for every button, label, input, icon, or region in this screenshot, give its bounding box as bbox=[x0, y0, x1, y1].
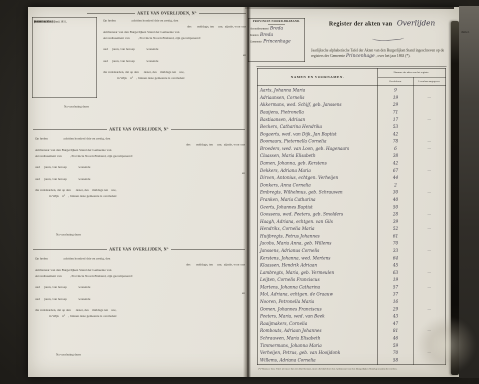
row-name: Rombouts, Adriaan Johannes bbox=[258, 328, 378, 333]
row-number-overledenen: 71 bbox=[378, 110, 414, 115]
row-name: Adriaansen, Cornelis bbox=[258, 95, 378, 100]
row-number-overledenen: 57 bbox=[378, 284, 414, 289]
table-row: Donkers, Anna Cornelia2 bbox=[258, 181, 446, 188]
row-name: Willems, Adriana Cornelia bbox=[258, 357, 378, 362]
province-field: KantonBreda bbox=[250, 33, 303, 38]
row-number-levenloos: — bbox=[414, 117, 446, 121]
form-line: oud jaren, van beroep wonende bbox=[35, 296, 245, 302]
table-row: Martens, Johanna Catharina57— bbox=[258, 283, 446, 290]
table-row: Adriaansen, Cornelis19— bbox=[258, 94, 446, 101]
row-number-overledenen: 67 bbox=[378, 168, 414, 173]
table-row: Oomen, Johannes Franciscus29— bbox=[258, 305, 446, 312]
notice-line: (Staatsblad n° 85.) bbox=[34, 20, 55, 24]
akte-section-3-form: Op heden achttien honderd drie en zestig… bbox=[35, 256, 245, 342]
row-name: Damen, Johanna, geb. Kerstens bbox=[258, 161, 378, 166]
row-name: Broeders, wed. van Loon, geb. Hagenaars bbox=[258, 146, 378, 151]
table-row: Geerts, Johannes Baptist50 bbox=[258, 203, 446, 210]
register-title-handwritten: Overlijden bbox=[397, 20, 435, 28]
table-row: Lambregts, Maria, geb. Vermeulen63— bbox=[258, 269, 446, 276]
row-number-overledenen: 19 bbox=[378, 277, 414, 282]
row-number-overledenen: 29 bbox=[378, 306, 414, 311]
akte-section-1-header: AKTE VAN OVERLIJDEN, N° bbox=[87, 11, 246, 16]
intro-text-2: , over het jaar 1863 (*). bbox=[376, 53, 411, 58]
table-row: Haagh, Adriana, echtgen. van Gils39 bbox=[258, 218, 446, 225]
scan-background: AKTE VAN OVERLIJDEN, N° BERIGT.(KOSTELOO… bbox=[0, 0, 479, 384]
row-name: Akkermans, wed. Schijf, geb. Janssens bbox=[258, 102, 378, 107]
form-line: in Wijk n° , binnen deze gemeente is ove… bbox=[117, 75, 246, 81]
form-line: Arrondissement van , Provincie Noord-Bra… bbox=[35, 153, 245, 159]
form-line: oud jaren, van beroep wonende bbox=[103, 58, 246, 64]
row-number-overledenen: 52 bbox=[378, 226, 414, 231]
row-name: Lambregts, Maria, geb. Vermeulen bbox=[258, 270, 378, 275]
subheader-rule bbox=[378, 77, 446, 78]
row-number-levenloos: — bbox=[414, 168, 446, 172]
field-value-handwritten: Breda bbox=[260, 33, 273, 38]
row-number-overledenen: 9 bbox=[378, 88, 414, 93]
table-row: Aarts, Johanna Maria9 bbox=[258, 87, 446, 94]
row-name: Timmermans, Johanna Maria bbox=[258, 343, 378, 348]
table-row: Huijbregts, Petrus Johannes61 bbox=[258, 232, 446, 239]
table-row: Akkermans, wed. Schijf, geb. Janssens29 bbox=[258, 101, 446, 108]
table-row: Bogaerts, wed. van Dijk, Jan Baptist42 bbox=[258, 130, 446, 137]
row-name: Franken, Maria Catharina bbox=[258, 197, 378, 202]
row-name: Kerstens, Johanna, wed. Mertens bbox=[258, 255, 378, 260]
row-name: Baaijens, Pietronella bbox=[258, 110, 378, 115]
table-header-numbers: Nummer der akten van het register. bbox=[378, 69, 446, 78]
row-number-levenloos: — bbox=[414, 307, 446, 311]
row-name: Klaassen, Hendrik Adriaan bbox=[258, 263, 378, 268]
row-number-levenloos: — bbox=[414, 249, 446, 253]
row-number-levenloos: — bbox=[414, 285, 446, 289]
row-number-overledenen: 47 bbox=[378, 321, 414, 326]
akte-section-2-form: Op heden achttien honderd drie en zestig… bbox=[35, 136, 245, 222]
row-number-overledenen: 28 bbox=[378, 212, 414, 217]
province-title: PROVINCIE NOORD-BRABAND. bbox=[250, 20, 303, 23]
row-number-overledenen: 30 bbox=[378, 190, 414, 195]
left-page-content: AKTE VAN OVERLIJDEN, N° BERIGT.(KOSTELOO… bbox=[28, 7, 246, 377]
row-number-overledenen: 38 bbox=[378, 153, 414, 158]
table-row: Bastiaansen, Adriaan17— bbox=[258, 116, 446, 123]
table-row: Baaijens, Pietronella71 bbox=[258, 108, 446, 115]
row-number-overledenen: 58 bbox=[378, 357, 414, 362]
field-label: Arrondissement bbox=[250, 28, 269, 31]
stain bbox=[416, 316, 476, 374]
row-name: Aarts, Johanna Maria bbox=[258, 88, 378, 93]
page-fold bbox=[243, 7, 251, 377]
gemeente-handwritten: Princenhage bbox=[346, 53, 375, 58]
province-field: ArrondissementBreda bbox=[250, 26, 303, 31]
table-row: Dekkers, Adriana Maria67— bbox=[258, 167, 446, 174]
row-name: Goossens, wed. Peeters, geb. Smolders bbox=[258, 212, 378, 217]
register-title: Register der akten van Overlijden bbox=[308, 19, 456, 28]
row-name: Bogaerts, wed. van Dijk, Jan Baptist bbox=[258, 131, 378, 136]
table-subheader-levenloos: Levenloos aangegeven. bbox=[414, 77, 446, 86]
margin-label: Tabel. bbox=[461, 30, 479, 34]
row-number-levenloos: — bbox=[414, 146, 446, 150]
row-name: Dekkers, Adriana Maria bbox=[258, 168, 378, 173]
table-row: Damen, Johanna, geb. Kerstens42 bbox=[258, 159, 446, 166]
province-fields: ArrondissementBredaKantonBredaGemeentePr… bbox=[250, 26, 303, 44]
row-name: Mol, Adriana, echtgen. de Graauw bbox=[258, 292, 378, 297]
row-number-overledenen: 70 bbox=[378, 241, 414, 246]
row-number-overledenen: 78 bbox=[378, 139, 414, 144]
table-row: Janssens, Adrianus Cornelis33— bbox=[258, 247, 446, 254]
left-page: AKTE VAN OVERLIJDEN, N° BERIGT.(KOSTELOO… bbox=[28, 7, 246, 377]
province-field: GemeentePrincenhage bbox=[250, 39, 303, 44]
form-line: in Wijk n° , binnen deze gemeente is ove… bbox=[49, 193, 245, 199]
table-row: Franken, Maria Catharina40 bbox=[258, 196, 446, 203]
row-number-overledenen: 53 bbox=[378, 124, 414, 129]
table-row: Boomaars, Pieternella Cornelia78— bbox=[258, 138, 446, 145]
table-row: Nooren, Petronella Maria16 bbox=[258, 298, 446, 305]
row-number-overledenen: 81 bbox=[378, 328, 414, 333]
province-divider bbox=[268, 24, 285, 25]
row-number-levenloos: — bbox=[414, 139, 446, 143]
table-header-names: NAMEN EN VOORNAMEN. bbox=[258, 69, 378, 86]
row-number-levenloos: — bbox=[414, 227, 446, 231]
akte-section-2-header: AKTE VAN OVERLIJDEN, N° bbox=[33, 127, 245, 132]
row-number-overledenen: 29 bbox=[378, 102, 414, 107]
akte-section-1-form: Op heden achttien honderd drie en zestig… bbox=[103, 18, 246, 104]
row-number-overledenen: 17 bbox=[378, 117, 414, 122]
province-box: PROVINCIE NOORD-BRABAND. ArrondissementB… bbox=[248, 18, 305, 62]
notice-line: — bbox=[34, 20, 37, 24]
field-value-handwritten: Princenhage bbox=[263, 39, 290, 44]
akte-header-label: AKTE VAN OVERLIJDEN, N° bbox=[109, 247, 168, 252]
row-name: Embregts, Wilhelmus, geb. Schrauwen bbox=[258, 190, 378, 195]
row-name: Martens, Johanna Catharina bbox=[258, 284, 378, 289]
row-number-levenloos: — bbox=[414, 190, 446, 194]
table-row: Jacobs, Maria Anna, geb. Willems70 bbox=[258, 240, 446, 247]
row-name: Oomen, Johannes Franciscus bbox=[258, 306, 378, 311]
row-name: Claassen, Maria Elisabeth bbox=[258, 153, 378, 158]
page-top-edge bbox=[245, 7, 454, 9]
row-name: Huijbregts, Petrus Johannes bbox=[258, 233, 378, 238]
table-row: Embregts, Wilhelmus, geb. Schrauwen30— bbox=[258, 189, 446, 196]
table-row: Mol, Adriana, echtgen. de Graauw37 bbox=[258, 291, 446, 298]
field-label: Gemeente bbox=[250, 41, 262, 44]
akte-section-3-header: AKTE VAN OVERLIJDEN, N° bbox=[33, 247, 245, 252]
row-name: Verheijen, Petrus, geb. van Hooijdonk bbox=[258, 350, 378, 355]
form-line: oud jaren, van beroep wonende bbox=[35, 176, 245, 182]
row-number-overledenen: 6 bbox=[378, 146, 414, 151]
row-name: Haagh, Adriana, echtgen. van Gils bbox=[258, 219, 378, 224]
form-line: Arrondissement van , Provincie Noord-Bra… bbox=[103, 35, 246, 41]
table-row: Broeders, wed. van Loon, geb. Hagenaars6… bbox=[258, 145, 446, 152]
table-row: Leijten, Cornelis Franciscus19 bbox=[258, 276, 446, 283]
field-label: Kanton bbox=[250, 34, 259, 37]
footnote: (*) Wanneer deze Tafel uit meer dan één … bbox=[258, 368, 428, 371]
table-row: Claassen, Maria Elisabeth38 bbox=[258, 152, 446, 159]
row-name: Janssens, Adrianus Cornelis bbox=[258, 248, 378, 253]
title-flourish bbox=[372, 35, 404, 41]
row-number-overledenen: 64 bbox=[378, 255, 414, 260]
row-number-overledenen: 19 bbox=[378, 95, 414, 100]
row-name: Boomaars, Pieternella Cornelia bbox=[258, 139, 378, 144]
notice-box: BERIGT.(KOSTELOOS.)Besluit van den 4 Jun… bbox=[32, 17, 97, 98]
row-name: Jacobs, Maria Anna, geb. Willems bbox=[258, 241, 378, 246]
row-name: Dirven, Antonius, echtgen. Verheijen bbox=[258, 175, 378, 180]
table-row: Kerstens, Johanna, wed. Mertens64 bbox=[258, 254, 446, 261]
row-number-overledenen: 59 bbox=[378, 343, 414, 348]
row-number-overledenen: 42 bbox=[378, 161, 414, 166]
row-number-overledenen: 2 bbox=[378, 182, 414, 187]
row-number-overledenen: 37 bbox=[378, 292, 414, 297]
akte-section-3-footer: Na voorlezing dezer bbox=[56, 353, 81, 357]
akte-section-1-footer: Na voorlezing dezer bbox=[64, 105, 89, 109]
form-line: in Wijk n° , binnen deze gemeente is ove… bbox=[49, 313, 245, 319]
intro-paragraph: Jaarlijksche alphabetische Tafel der Akt… bbox=[311, 48, 457, 59]
row-number-overledenen: 33 bbox=[378, 248, 414, 253]
akte-header-label: AKTE VAN OVERLIJDEN, N° bbox=[109, 127, 168, 132]
row-number-overledenen: 70 bbox=[378, 350, 414, 355]
row-number-overledenen: 16 bbox=[378, 299, 414, 304]
table-subheader-overledenen: Overledenen. bbox=[378, 77, 414, 86]
table-row: Klaassen, Hendrik Adriaan45 bbox=[258, 261, 446, 268]
row-name: Bastiaansen, Adriaan bbox=[258, 117, 378, 122]
row-number-overledenen: 46 bbox=[378, 335, 414, 340]
row-name: Schrauwen, Maria Elisabeth bbox=[258, 335, 378, 340]
akte-header-label: AKTE VAN OVERLIJDEN, N° bbox=[137, 11, 196, 16]
row-name: Hendrikx, Cornelia Maria bbox=[258, 226, 378, 231]
document-spread: AKTE VAN OVERLIJDEN, N° BERIGT.(KOSTELOO… bbox=[28, 7, 459, 377]
row-name: Beckers, Catharina Hendrika bbox=[258, 124, 378, 129]
row-number-overledenen: 63 bbox=[378, 270, 414, 275]
row-number-overledenen: 43 bbox=[378, 314, 414, 319]
register-title-printed: Register der akten van bbox=[329, 20, 392, 27]
row-number-levenloos: — bbox=[414, 212, 446, 216]
row-name: Geerts, Johannes Baptist bbox=[258, 204, 378, 209]
row-name: Peeters, Maria, wed. van Beek bbox=[258, 314, 378, 319]
row-number-overledenen: 61 bbox=[378, 233, 414, 238]
row-name: Leijten, Cornelis Franciscus bbox=[258, 277, 378, 282]
akte-section-2-footer: Na voorlezing dezer bbox=[56, 233, 81, 237]
table-row: Hendrikx, Cornelia Maria52— bbox=[258, 225, 446, 232]
table-row: Goossens, wed. Peeters, geb. Smolders28— bbox=[258, 210, 446, 217]
row-number-overledenen: 39 bbox=[378, 219, 414, 224]
row-number-overledenen: 42 bbox=[378, 131, 414, 136]
row-number-overledenen: 50 bbox=[378, 204, 414, 209]
field-value-handwritten: Breda bbox=[270, 26, 283, 31]
row-number-overledenen: 45 bbox=[378, 263, 414, 268]
row-number-levenloos: — bbox=[414, 95, 446, 99]
row-number-overledenen: 44 bbox=[378, 175, 414, 180]
row-number-levenloos: — bbox=[414, 270, 446, 274]
table-row: Beckers, Catharina Hendrika53 bbox=[258, 123, 446, 130]
row-name: Nooren, Petronella Maria bbox=[258, 299, 378, 304]
row-name: Raaijmakers, Cornelia bbox=[258, 321, 378, 326]
row-name: Donkers, Anna Cornelia bbox=[258, 182, 378, 187]
form-line: Arrondissement van , Provincie Noord-Bra… bbox=[35, 273, 245, 279]
table-row: Dirven, Antonius, echtgen. Verheijen44 bbox=[258, 174, 446, 181]
row-number-overledenen: 40 bbox=[378, 197, 414, 202]
